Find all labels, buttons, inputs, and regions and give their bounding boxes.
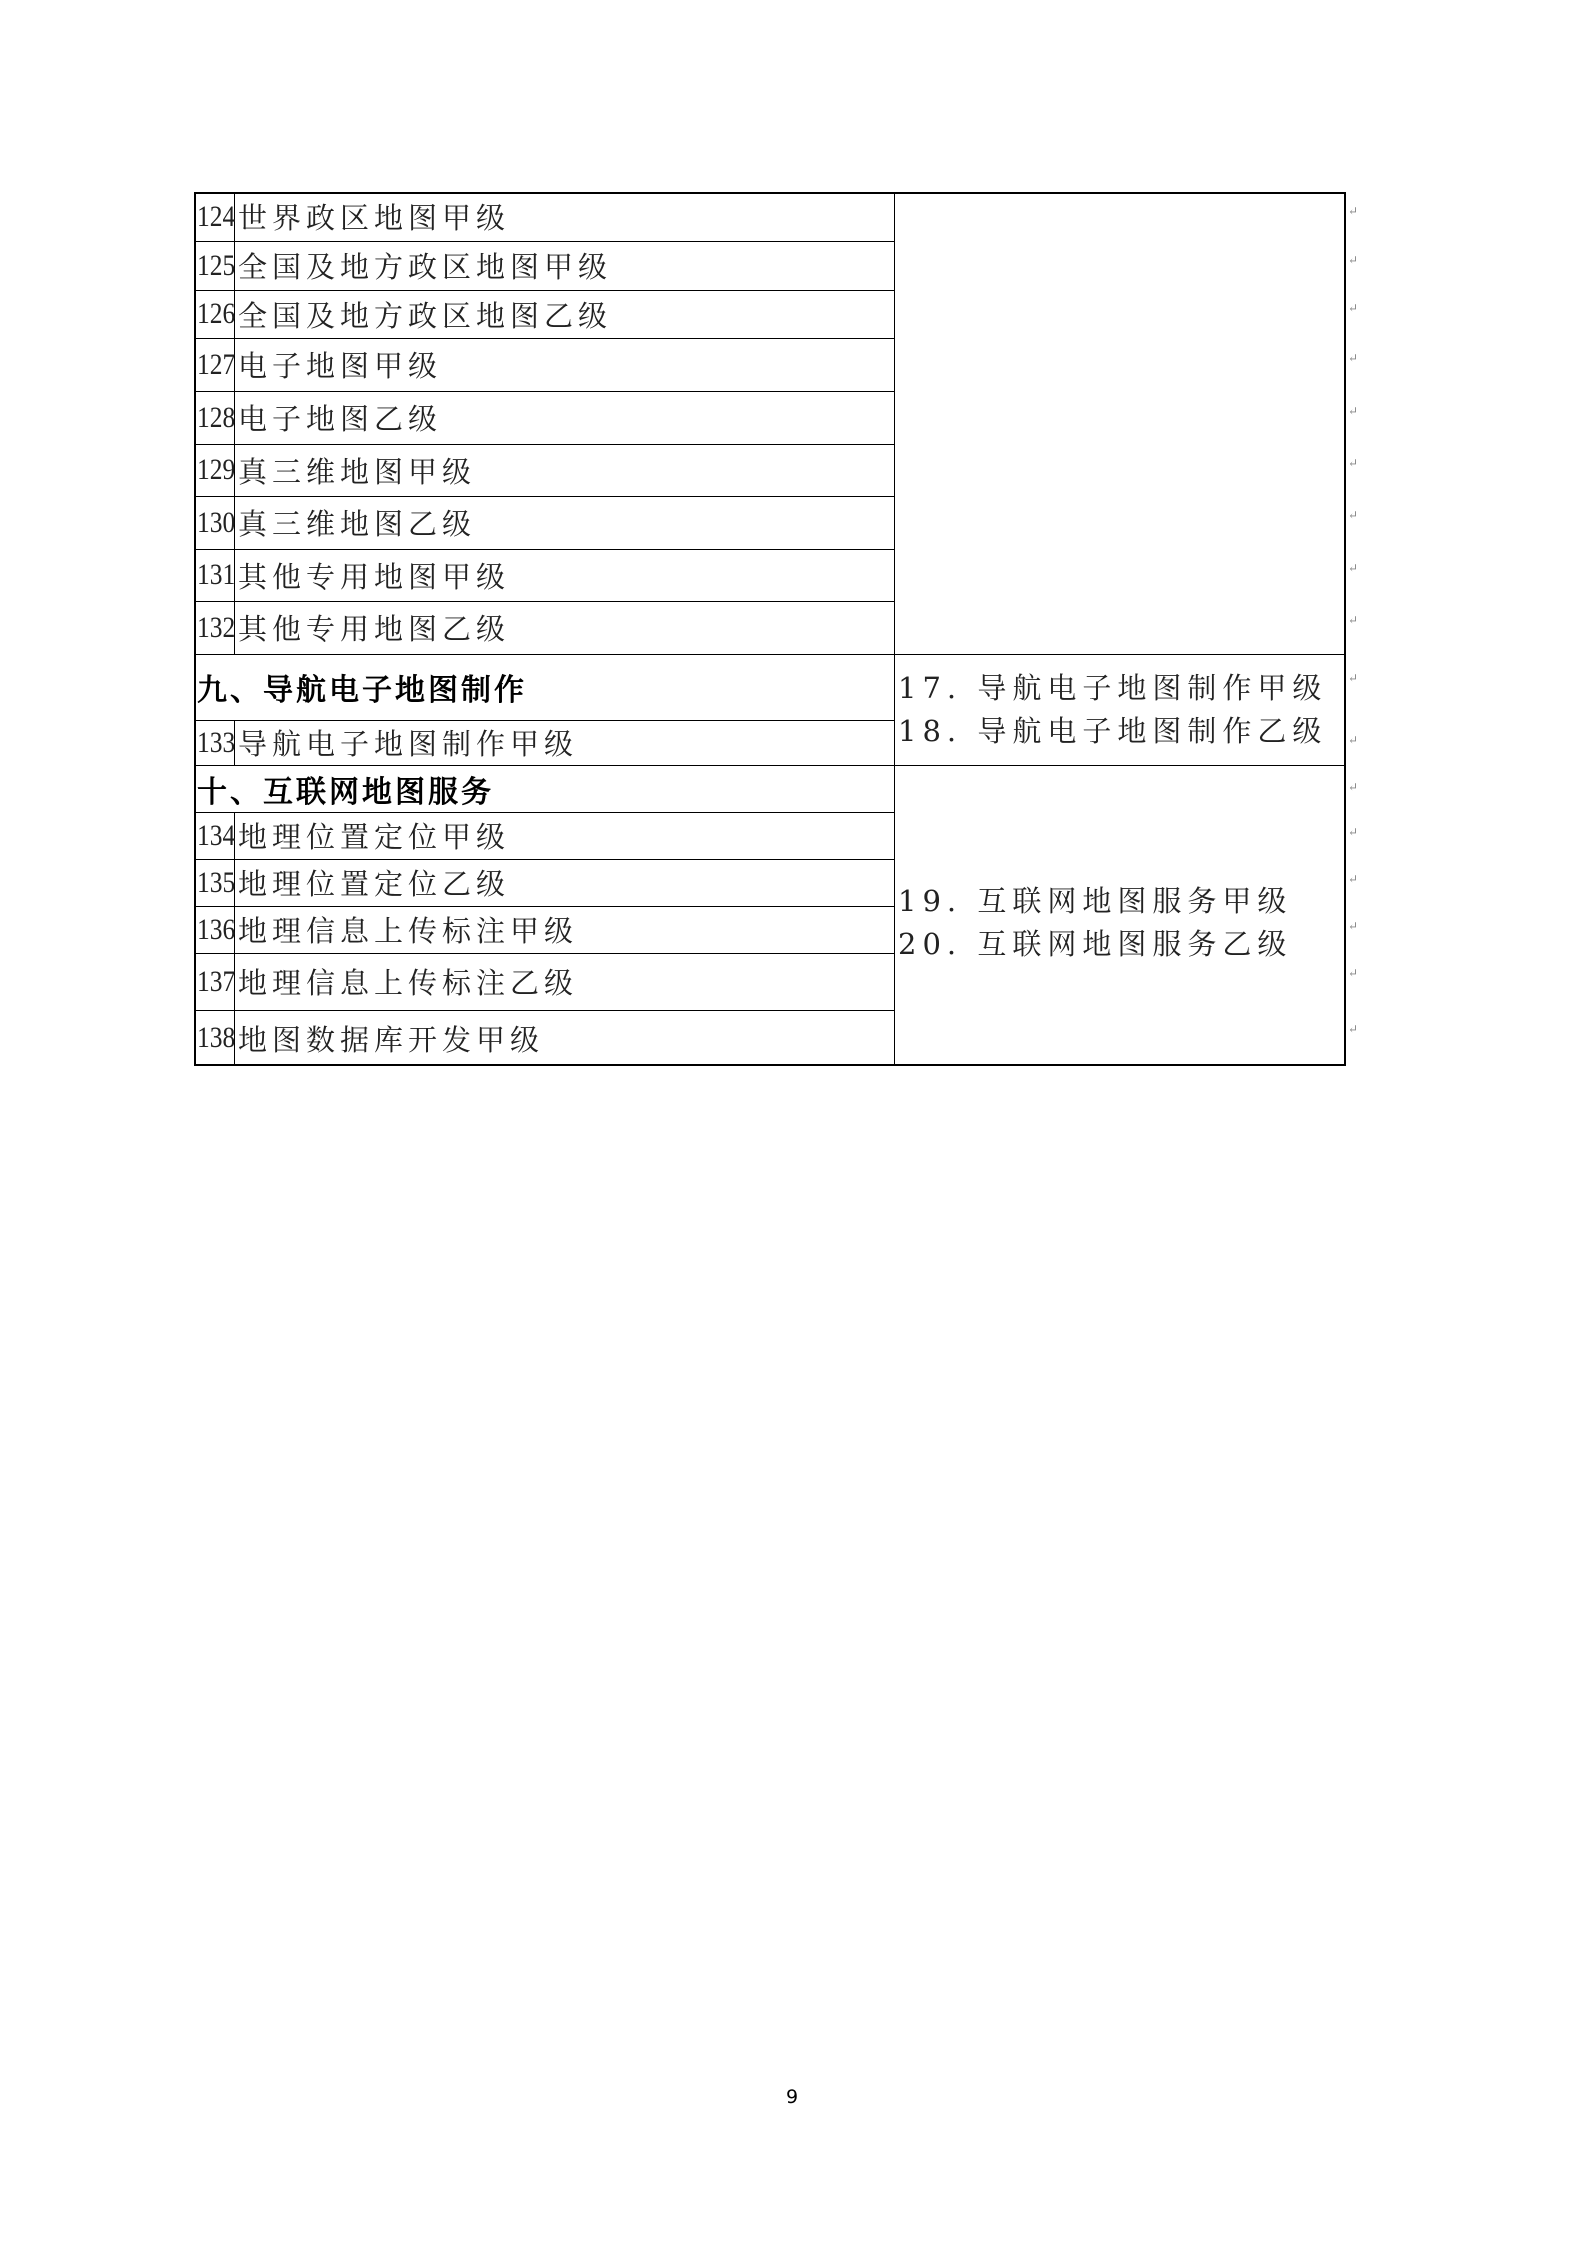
row-label: 地理信息上传标注甲级 — [238, 906, 578, 953]
paragraph-mark-icon: ↵ — [1348, 204, 1358, 218]
paragraph-mark-icon: ↵ — [1348, 919, 1358, 933]
paragraph-mark-icon: ↵ — [1348, 825, 1358, 839]
qualification-item: 19. 互联网地图服务甲级 — [898, 880, 1292, 923]
row-number: 136 — [197, 906, 235, 953]
row-label: 世界政区地图甲级 — [238, 192, 510, 241]
row-number: 124 — [197, 192, 235, 241]
paragraph-mark-icon: ↵ — [1348, 966, 1358, 980]
row-number: 125 — [197, 241, 235, 290]
paragraph-mark-icon: ↵ — [1348, 671, 1358, 685]
row-number: 134 — [197, 812, 235, 859]
qualification-item: 18. 导航电子地图制作乙级 — [898, 710, 1327, 753]
paragraph-mark-icon: ↵ — [1348, 733, 1358, 747]
paragraph-mark-icon: ↵ — [1348, 508, 1358, 522]
paragraph-mark-icon: ↵ — [1348, 780, 1358, 794]
qualification-item: 20. 互联网地图服务乙级 — [898, 923, 1292, 966]
paragraph-mark-icon: ↵ — [1348, 351, 1358, 365]
row-number: 131 — [197, 549, 235, 601]
paragraph-mark-icon: ↵ — [1348, 253, 1358, 267]
row-number: 135 — [197, 859, 235, 906]
row-label: 电子地图乙级 — [238, 391, 442, 444]
row-label: 地理位置定位甲级 — [238, 812, 510, 859]
row-number: 138 — [197, 1010, 235, 1066]
row-number: 129 — [197, 444, 235, 496]
row-label: 其他专用地图乙级 — [238, 601, 510, 654]
row-label: 全国及地方政区地图甲级 — [238, 241, 612, 290]
row-label: 地理位置定位乙级 — [238, 859, 510, 906]
paragraph-mark-icon: ↵ — [1348, 456, 1358, 470]
row-number: 130 — [197, 496, 235, 549]
row-label: 导航电子地图制作甲级 — [238, 720, 578, 765]
row-label: 地理信息上传标注乙级 — [238, 953, 578, 1010]
row-number: 133 — [197, 720, 235, 765]
section10-qualifications: 19. 互联网地图服务甲级 20. 互联网地图服务乙级 — [898, 880, 1292, 966]
row-number: 137 — [197, 953, 235, 1010]
row-label: 真三维地图乙级 — [238, 496, 476, 549]
qualification-item: 17. 导航电子地图制作甲级 — [898, 667, 1327, 710]
section9-qualifications: 17. 导航电子地图制作甲级 18. 导航电子地图制作乙级 — [898, 667, 1327, 753]
paragraph-mark-icon: ↵ — [1348, 404, 1358, 418]
row-number: 128 — [197, 391, 235, 444]
paragraph-mark-icon: ↵ — [1348, 613, 1358, 627]
row-label: 全国及地方政区地图乙级 — [238, 290, 612, 338]
row-number: 132 — [197, 601, 235, 654]
row-label: 真三维地图甲级 — [238, 444, 476, 496]
paragraph-mark-icon: ↵ — [1348, 301, 1358, 315]
row-number: 126 — [197, 290, 235, 338]
paragraph-mark-icon: ↵ — [1348, 872, 1358, 886]
section-heading-navigation: 九、导航电子地图制作 — [197, 654, 527, 720]
section-heading-internet-map: 十、互联网地图服务 — [197, 765, 494, 812]
row-label: 电子地图甲级 — [238, 338, 442, 391]
row-label: 地图数据库开发甲级 — [238, 1010, 544, 1066]
row-number: 127 — [197, 338, 235, 391]
paragraph-mark-icon: ↵ — [1348, 561, 1358, 575]
page-number: 9 — [786, 2086, 798, 2108]
row-label: 其他专用地图甲级 — [238, 549, 510, 601]
right-column-divider — [894, 192, 895, 1066]
paragraph-mark-icon: ↵ — [1348, 1022, 1358, 1036]
